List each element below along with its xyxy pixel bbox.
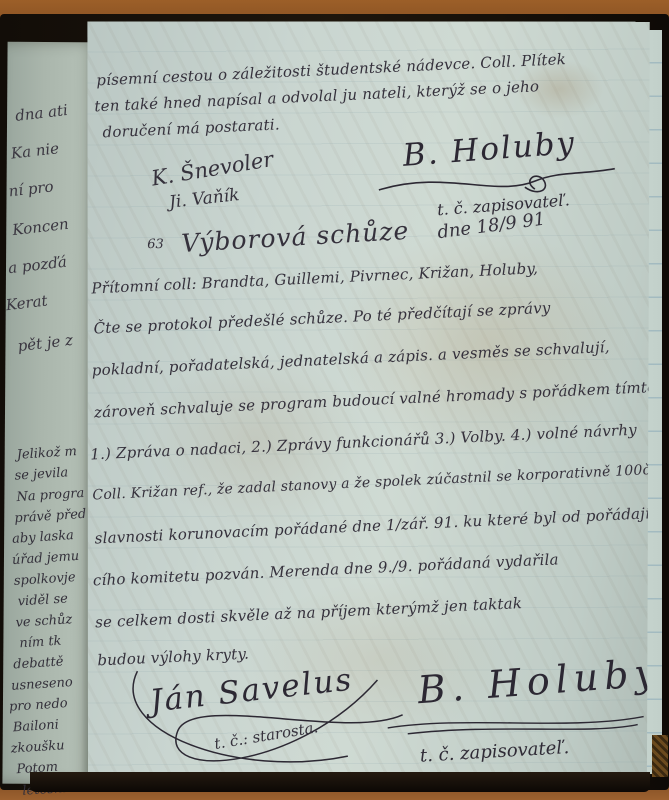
left-page-fragment: právě před — [14, 507, 87, 526]
main-manuscript-page: písemní cestou o záležitosti študentské … — [84, 19, 656, 786]
manuscript-line: Čte se protokol předešlé schůze. Po té p… — [93, 299, 551, 338]
left-page-fragment: zkoušku — [10, 738, 65, 756]
left-page-fragment: Ka nie — [10, 139, 60, 162]
countersignature: Ji. Vaňík — [168, 185, 240, 213]
left-page-fragment: se jevila — [14, 465, 68, 483]
signature-bottom-right-title: t. č. zapisovateľ. — [419, 737, 569, 767]
left-page-fragment: dna ati — [14, 101, 68, 125]
left-page-fragment: Jelikož m — [16, 444, 77, 463]
left-page-fragment: Kerat — [5, 291, 49, 314]
left-page-fragment: Koncen — [11, 215, 69, 239]
left-page-fragment: viděl se — [17, 591, 68, 609]
signature-flourish — [117, 660, 408, 782]
left-page-fragment: pro nedo — [9, 696, 69, 715]
left-page-fragment: Bailoni — [12, 717, 59, 735]
left-underlying-page: dna ati Ka nie ní pro Koncen a pozďá Ker… — [2, 42, 99, 785]
left-page-fragment: pět je z — [17, 331, 74, 355]
manuscript-line: cího komitetu pozván. Merenda dne 9./9. … — [93, 550, 560, 589]
manuscript-line: doručení má postarati. — [102, 115, 280, 141]
left-page-fragment: aby laska — [12, 528, 75, 547]
photo-of-minute-book: { "scene": { "description": "Photograph … — [0, 0, 669, 800]
manuscript-line: slavnosti korunovacím pořádané dne 1/zář… — [94, 504, 655, 547]
left-page-fragment: spolkovje — [13, 570, 76, 589]
manuscript-line: pokladní, pořadatelská, jednatelská a zá… — [91, 338, 610, 379]
manuscript-line: se celkem dosti skvěle až na příjem kter… — [95, 594, 523, 631]
left-page-fragment: ve schůz — [15, 612, 73, 631]
manuscript-line: 1.) Zpráva o nadaci, 2.) Zprávy funkcion… — [90, 421, 637, 464]
manuscript-line: Coll. Križan ref., že zadal stanovy a že… — [92, 462, 660, 504]
signature-flourish — [388, 711, 648, 738]
book-cover-bottom-edge — [30, 772, 650, 792]
left-page-fragment: usneseno — [11, 675, 74, 694]
attendance-line: Přítomní coll: Brandta, Guillemi, Pivrne… — [91, 259, 538, 297]
manuscript-line: zároveň schvaluje se program budoucí val… — [94, 378, 657, 422]
cover-corner-detail — [652, 735, 668, 777]
left-page-fragment: a pozďá — [7, 253, 67, 278]
heading-number: 63 — [147, 237, 164, 252]
countersignature: K. Šnevoler — [150, 147, 275, 191]
signature-bottom-right: B. Holuby — [416, 650, 663, 712]
left-page-fragment: úřad jemu — [12, 549, 80, 568]
left-page-fragment: ním tk — [19, 634, 62, 652]
heading-title: Výborová schůze — [180, 216, 409, 258]
left-page-fragment: Na progra — [16, 486, 85, 505]
left-page-fragment: ní pro — [8, 177, 55, 200]
left-page-fragment: debattě — [13, 654, 64, 672]
